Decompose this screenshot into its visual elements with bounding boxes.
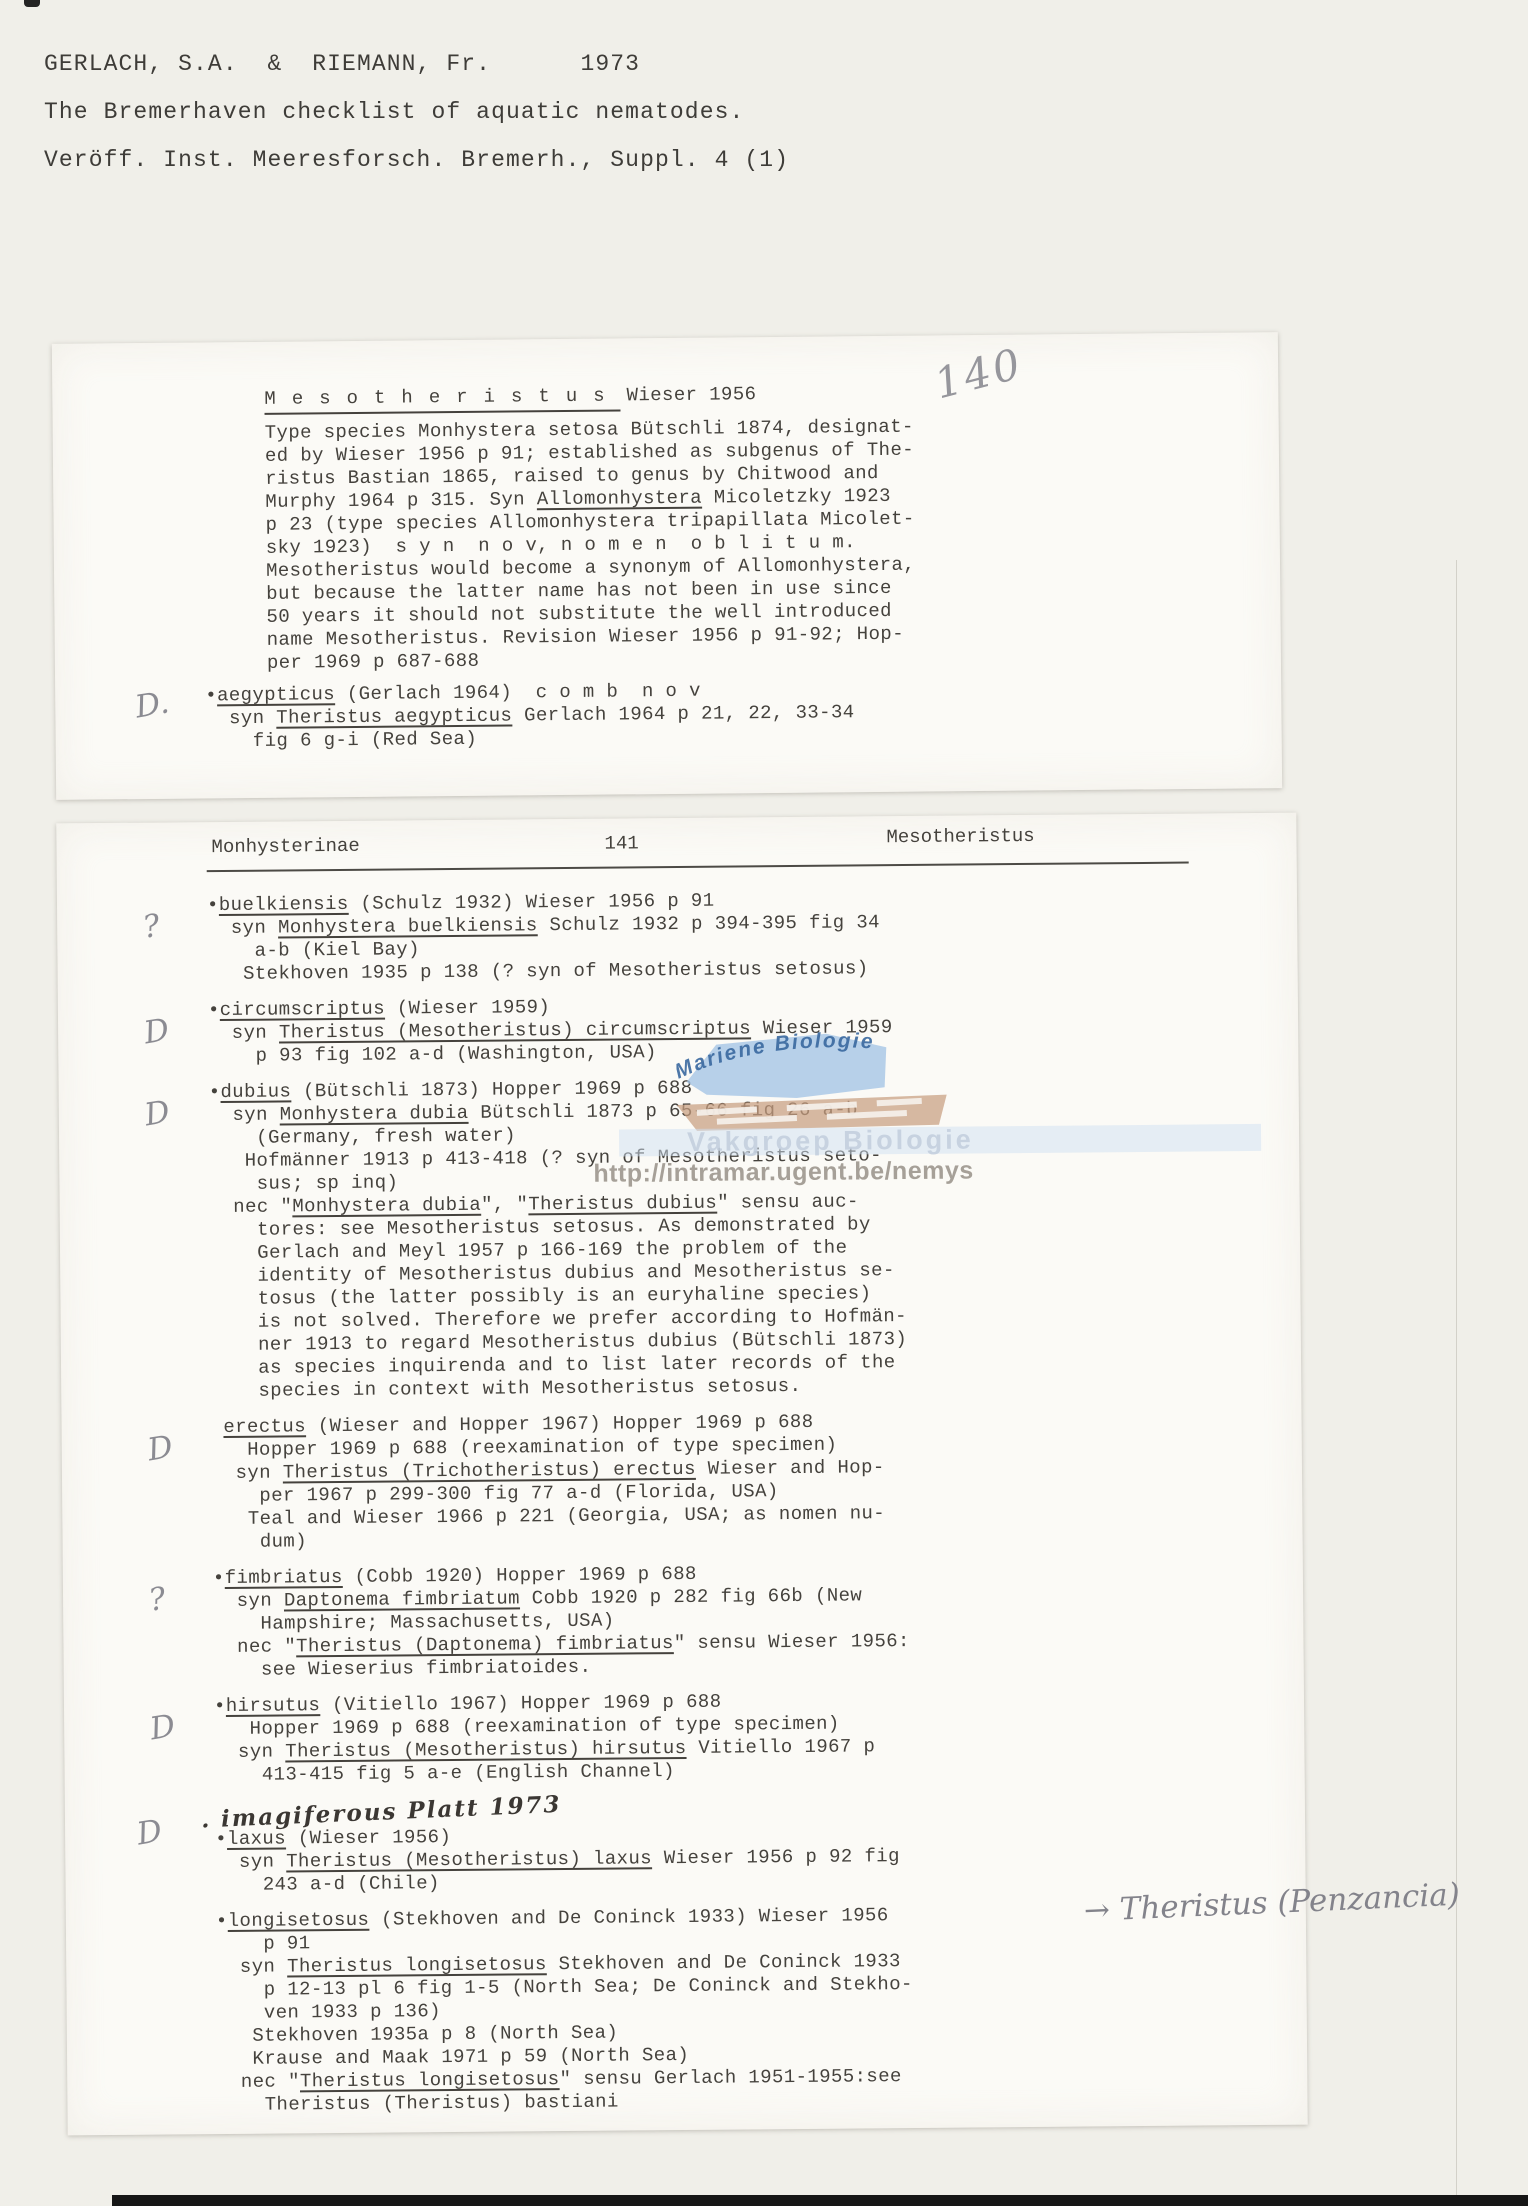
margin-annotation: D. (133, 684, 172, 725)
species-entry: D. •aegypticus (Gerlach 1964) c o m b n … (205, 674, 1282, 753)
species-entries: ?•buelkiensis (Schulz 1932) Wieser 1956 … (207, 885, 1308, 2117)
citation-authors-line: GERLACH, S.A. & RIEMANN, Fr. 1973 (44, 40, 789, 88)
scan-corner-mark (24, 0, 40, 7)
species-entry: D•dubius (Bütschli 1873) Hopper 1969 p 6… (209, 1072, 1302, 1403)
margin-annotation: D (147, 1708, 177, 1748)
running-header-genus: Mesotheristus (886, 825, 1034, 848)
margin-annotation: D (145, 1429, 175, 1469)
running-header-subfamily: Monhysterinae (211, 835, 359, 858)
citation-journal-line: Veröff. Inst. Meeresforsch. Bremerh., Su… (44, 136, 789, 184)
running-header-page-number: 141 (604, 832, 638, 854)
species-entry: •longisetosus (Stekhoven and De Coninck … (216, 1901, 1308, 2118)
genus-heading: MesotheristusWieser 1956 (264, 378, 1278, 410)
species-entry-lines: •aegypticus (Gerlach 1964) c o m b n o v… (205, 674, 1282, 753)
margin-annotation: D (141, 1012, 171, 1052)
genus-name: Mesotheristus (264, 384, 620, 414)
species-entry: D•hirsutus (Vitiello 1967) Hopper 1969 p… (214, 1686, 1305, 1788)
species-entry: D•circumscriptus (Wieser 1959) syn Theri… (208, 990, 1299, 1069)
citation-title-line: The Bremerhaven checklist of aquatic nem… (44, 88, 789, 136)
margin-annotation: D (142, 1094, 172, 1134)
margin-annotation: ? (146, 1580, 168, 1618)
scan-edge-strip (112, 2195, 1528, 2206)
genus-authority: Wieser 1956 (626, 383, 756, 406)
pasted-slip-checklist: Monhysterinae 141 Mesotheristus ?•buelki… (56, 813, 1307, 2136)
species-entry: •laxus (Wieser 1956) syn Theristus (Meso… (215, 1819, 1306, 1898)
margin-annotation: ? (140, 907, 162, 945)
species-entry: D erectus (Wieser and Hopper 1967) Hoppe… (211, 1407, 1302, 1555)
page-crease (1456, 560, 1457, 2200)
scanned-page: { "page": { "header": { "authors_line": … (0, 0, 1528, 2206)
species-entry: ?•fimbriatus (Cobb 1920) Hopper 1969 p 6… (213, 1558, 1304, 1683)
citation-header: GERLACH, S.A. & RIEMANN, Fr. 1973 The Br… (44, 40, 789, 184)
genus-diagnosis-paragraph: Type species Monhystera setosa Bütschli … (265, 412, 1281, 675)
margin-annotation: D (134, 1813, 164, 1853)
pasted-slip-genus: 140 MesotheristusWieser 1956 Type specie… (52, 332, 1282, 800)
species-entry: ?•buelkiensis (Schulz 1932) Wieser 1956 … (207, 885, 1298, 987)
